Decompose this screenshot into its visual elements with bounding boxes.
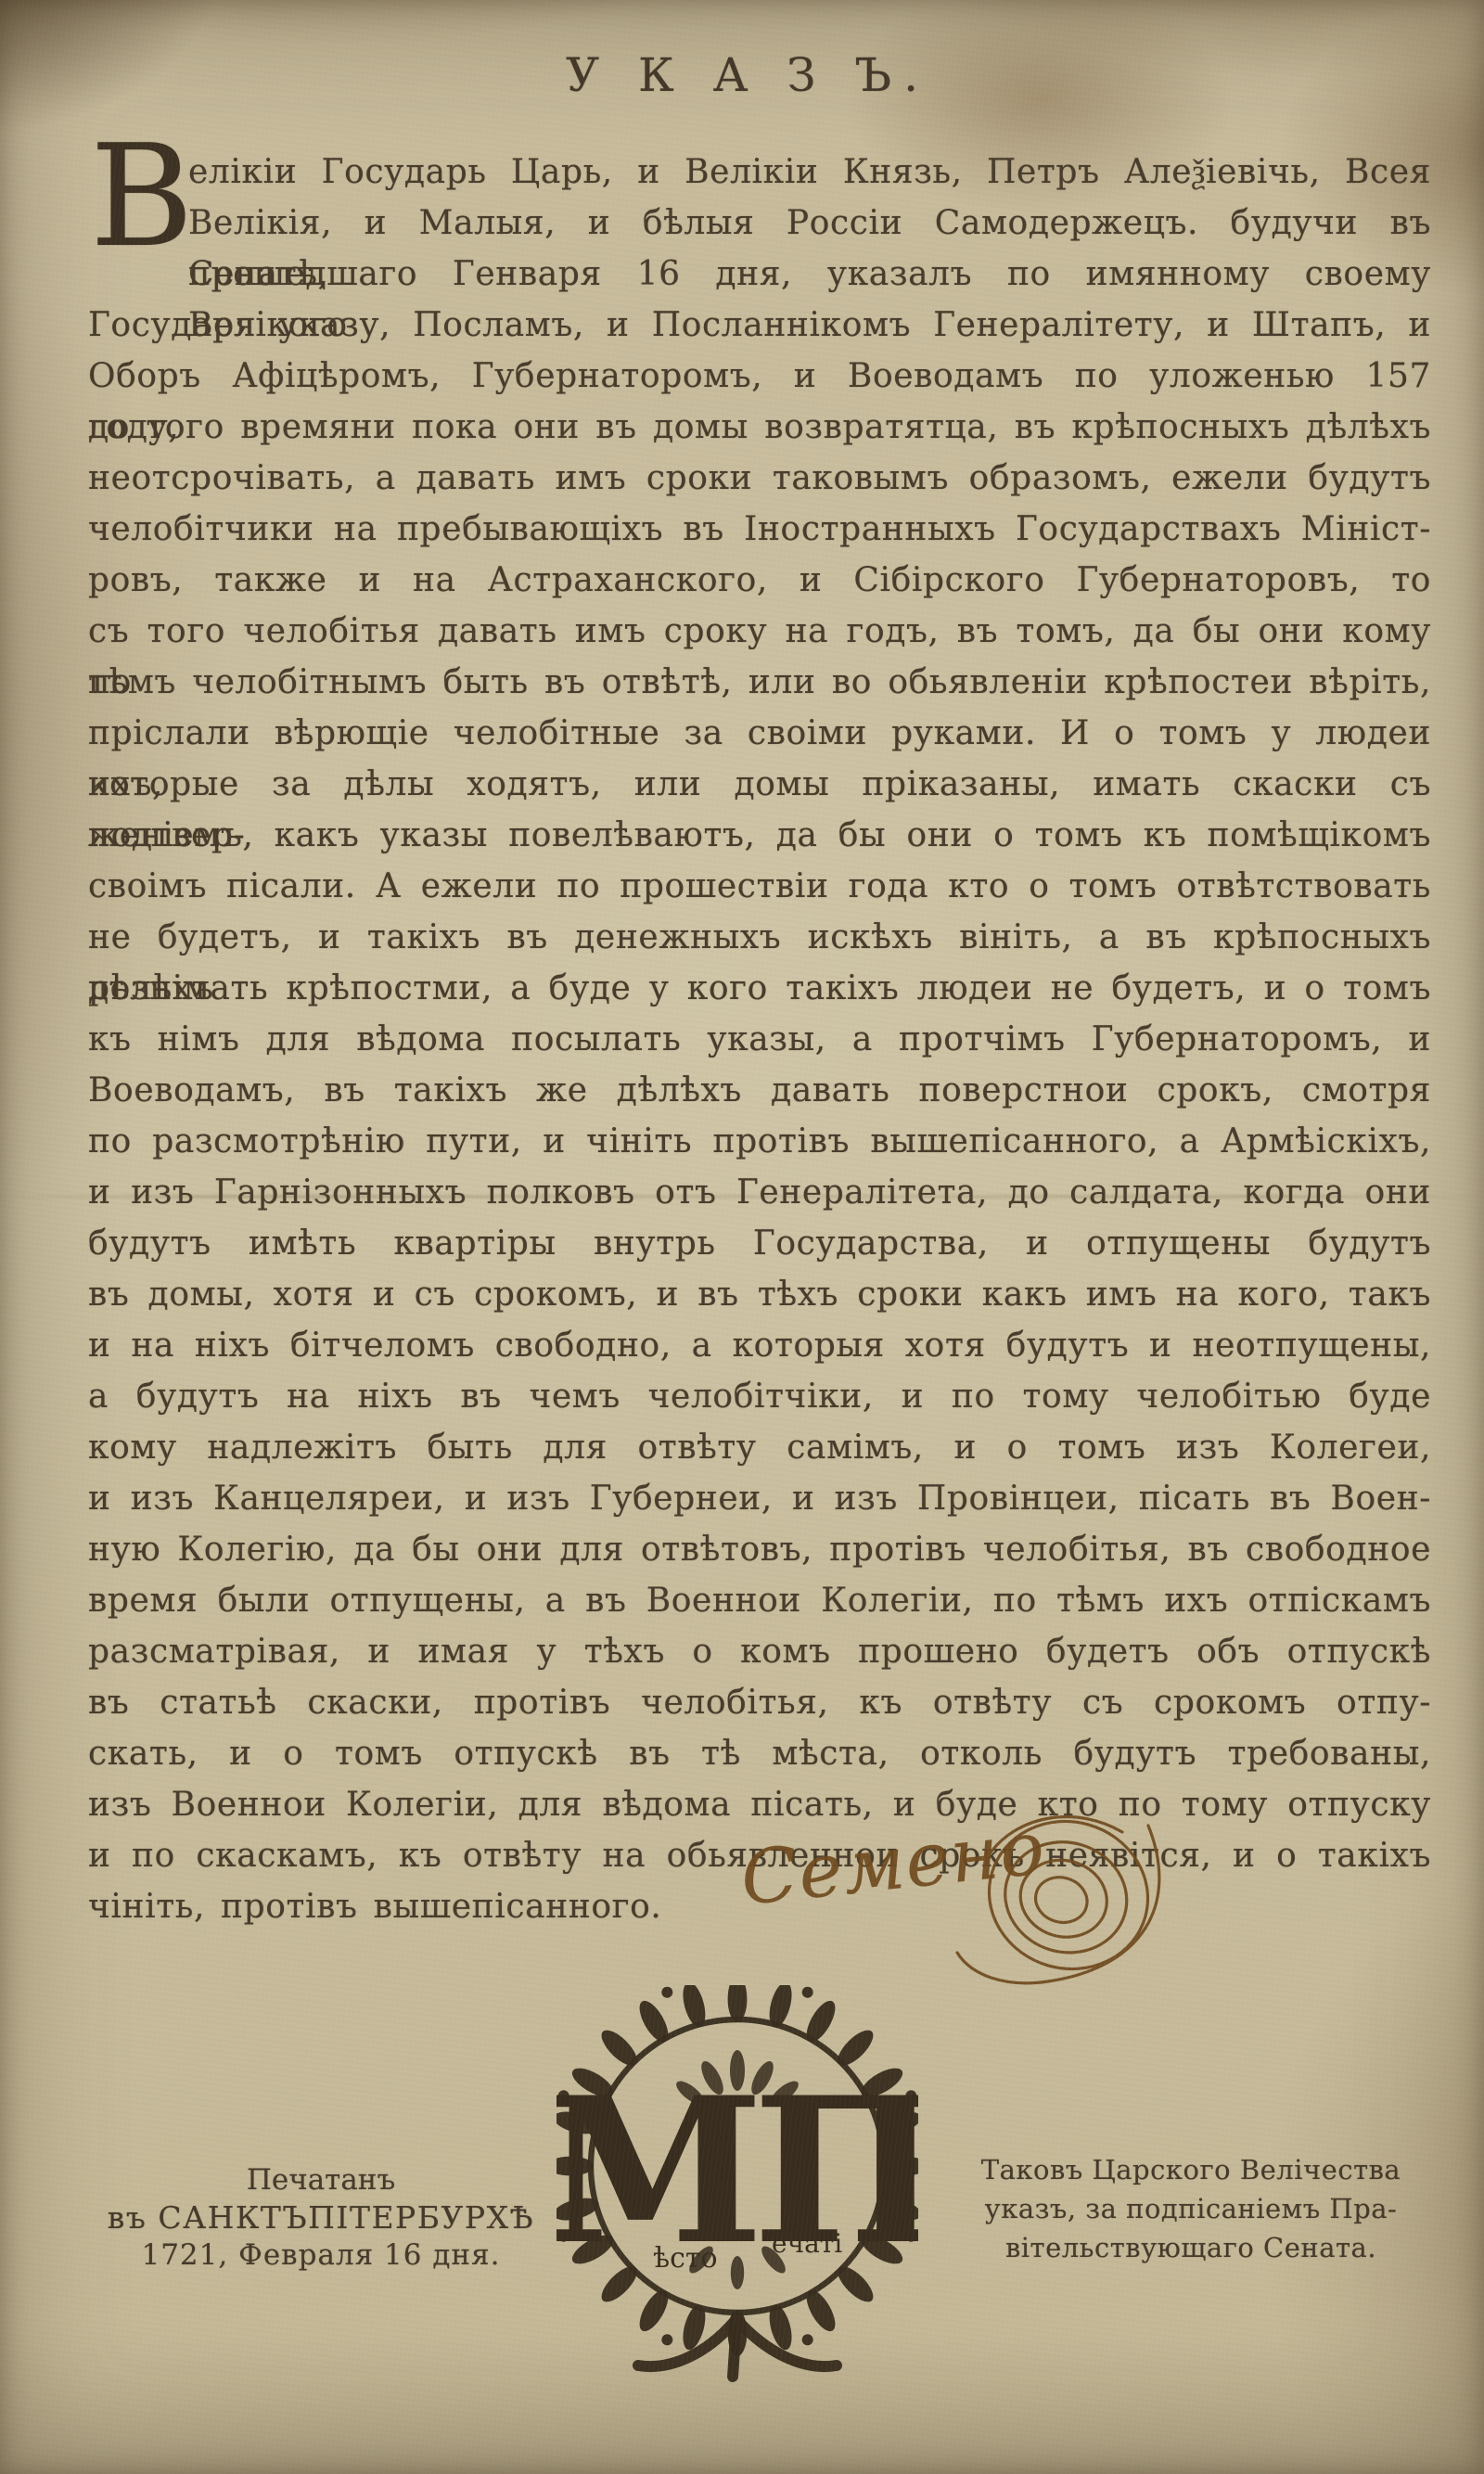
body-line: разсматрівая, и имая у тѣхъ о комъ проше…: [88, 1626, 1431, 1677]
body-line: скать, и о томъ отпускѣ въ тѣ мѣста, отк…: [88, 1728, 1431, 1779]
body-line: тѣмъ челобітнымъ быть въ отвѣтѣ, или во …: [88, 657, 1431, 708]
body-line: которые за дѣлы ходятъ, или домы пріказа…: [88, 759, 1431, 810]
imprint-line-1: Печатанъ: [104, 2161, 538, 2198]
imprint-line-2: въ САНКТЪПІТЕРБУРХѢ: [104, 2198, 538, 2237]
body-line: и изъ Канцеляреи, и изъ Губернеи, и изъ …: [88, 1473, 1431, 1524]
body-line: и на ніхъ бітчеломъ свободно, а которыя …: [88, 1320, 1431, 1371]
document-page: У К А З Ъ. В елікіи Государь Царь, и Вел…: [0, 0, 1484, 2474]
body-line: пріслали вѣрющіе челобітные за своіми ру…: [88, 708, 1431, 759]
attestation-line-1: Таковъ Царского Велічества: [953, 2150, 1428, 2189]
body-line: ную Колегію, да бы они для отвѣтовъ, про…: [88, 1524, 1431, 1575]
svg-text:Семено: Семено: [742, 1804, 1049, 1922]
body-line: Оборъ Афіцѣромъ, Губернаторомъ, и Воевод…: [88, 351, 1431, 402]
seal-small-text-right: ечаті: [772, 2228, 842, 2259]
body-line: неотсрочівать, а давать имъ сроки таковы…: [88, 453, 1431, 504]
body-line: кому надлежітъ быть для отвѣту самімъ, и…: [88, 1422, 1431, 1473]
body-line: женіемъ, какъ указы повелѣваютъ, да бы о…: [88, 810, 1431, 861]
body-line: челобітчики на пребывающіхъ въ Іностранн…: [88, 504, 1431, 555]
body-line: по разсмотрѣнію пути, и чініть протівъ в…: [88, 1116, 1431, 1167]
signature-flourish-icon: Семено: [742, 1795, 1224, 1994]
seal-monogram: МП: [556, 2053, 918, 2288]
body-line: до того времяни пока они въ домы возврат…: [88, 402, 1431, 453]
body-line: въ статьѣ скаски, протівъ челобітья, къ …: [88, 1677, 1431, 1728]
body-line: и изъ Гарнізонныхъ полковъ отъ Генераліт…: [88, 1167, 1431, 1218]
body-line: будутъ имѣть квартіры внутрь Государства…: [88, 1218, 1431, 1269]
attestation-line-2: указъ, за подпісаніемъ Пра-: [953, 2189, 1428, 2228]
handwritten-signature: Семено: [742, 1795, 1224, 1998]
body-line: время были отпущены, а въ Военнои Колегі…: [88, 1575, 1431, 1626]
body-line: елікіи Государь Царь, и Велікіи Князь, П…: [188, 147, 1431, 198]
seal-ribbon: [638, 2319, 837, 2377]
body-line: съ того челобітья давать имъ сроку на го…: [88, 606, 1431, 657]
body-line: въ домы, хотя и съ срокомъ, и въ тѣхъ ср…: [88, 1269, 1431, 1320]
body-line: прошедшаго Генваря 16 дня, указалъ по им…: [188, 249, 1431, 300]
body-line: Велікія, и Малыя, и бѣлыя Россіи Самодер…: [188, 198, 1431, 249]
drop-cap-initial: В: [90, 141, 194, 252]
body-line: рознімать крѣпостми, а буде у кого такіх…: [88, 963, 1431, 1014]
attestation-line-3: вітельствующаго Сената.: [953, 2228, 1428, 2267]
decree-body: В елікіи Государь Царь, и Велікіи Князь,…: [88, 147, 1431, 1932]
imprint-line-3: 1721, Февраля 16 дня.: [104, 2237, 538, 2275]
body-line: а будутъ на ніхъ въ чемъ челобітчіки, и …: [88, 1371, 1431, 1422]
body-line: ровъ, также и на Астраханского, и Сібірс…: [88, 555, 1431, 606]
page-title: У К А З Ъ.: [0, 48, 1484, 102]
imprint-block: Печатанъ въ САНКТЪПІТЕРБУРХѢ 1721, Февра…: [104, 2161, 538, 2275]
body-line: Государя указу, Посламъ, и Посланнікомъ …: [88, 300, 1431, 351]
seal-small-text-left: ѣсто: [653, 2242, 718, 2275]
attestation-block: Таковъ Царского Велічества указъ, за под…: [953, 2150, 1428, 2267]
body-line: къ німъ для вѣдома посылать указы, а про…: [88, 1014, 1431, 1065]
mp-seal-icon: МП ѣсто ечаті: [556, 1985, 918, 2388]
body-line: не будетъ, и такіхъ въ денежныхъ искѣхъ …: [88, 912, 1431, 963]
body-line: Воеводамъ, въ такіхъ же дѣлѣхъ давать по…: [88, 1065, 1431, 1116]
body-line: своімъ пісали. А ежели по прошествіи год…: [88, 861, 1431, 912]
